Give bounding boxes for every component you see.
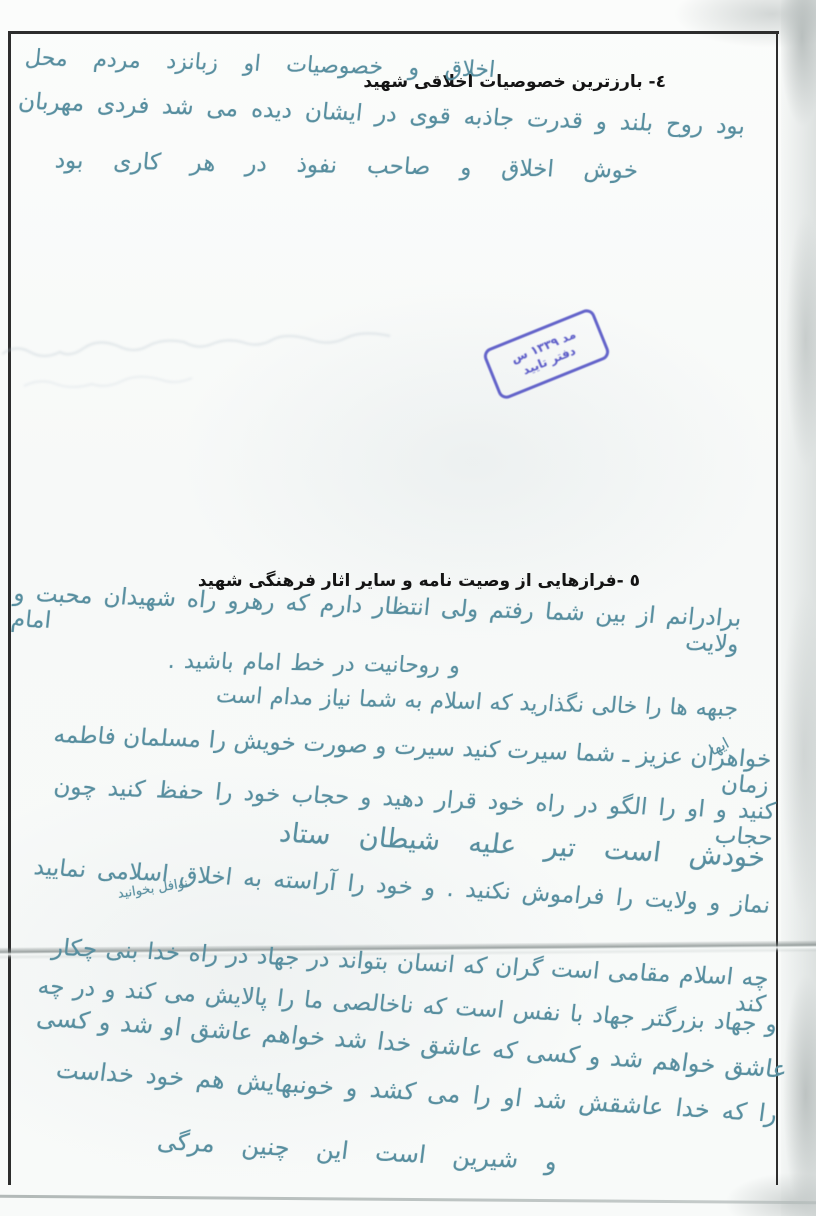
handwritten-line: اخلاق و خصوصیات او زبانزد مردم محل [24, 46, 496, 83]
handwritten-line: برادرانم از بین شما رفتم ولی انتظار دارم… [10, 581, 743, 658]
paper-topright-shadow [640, 0, 816, 70]
bleed-through-mark [0, 330, 430, 370]
section5-heading: ٥ -فرازهایی از وصیت نامه و سایر اثار فره… [198, 571, 640, 591]
paper-bottomright-shadow [700, 1150, 816, 1216]
form-border-left [8, 31, 11, 1185]
bleed-through-mark [20, 372, 200, 398]
scanned-form-page: ٤- بارزترین خصوصیات اخلاقی شهید اخلاق و … [0, 0, 816, 1216]
handwritten-line: جبهه ها را خالی نگذارید که اسلام به شما … [215, 683, 739, 722]
form-border-top [8, 31, 779, 34]
handwritten-line: و روحانیت در خط امام باشید . [167, 649, 461, 679]
paper-right-shadow [781, 0, 816, 1216]
handwritten-line: بود روح بلند و قدرت جاذبه قوی در ایشان د… [17, 89, 746, 140]
paper-bottom-edge [0, 1195, 816, 1205]
handwritten-line: خوش اخلاق و صاحب نفوذ در هر کاری بود [54, 148, 639, 184]
handwritten-line: و شیرین است این چنین مرگی [156, 1127, 559, 1176]
official-stamp: مد ١٣٣٩ س دفتر تایید [481, 307, 612, 402]
